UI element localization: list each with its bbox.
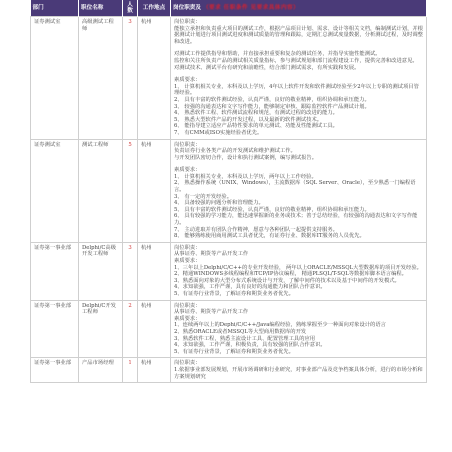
count-cell: 3 bbox=[123, 242, 138, 300]
description-cell: 岗位职责：1.依据事业部发展规划，开展市场调研和行业研究，对事业部产品及竞争档案… bbox=[171, 358, 427, 383]
description-line: 对测试工作提供指导和帮助，并直接承担重要和复杂的测试任务，并指导实施性能测试。 bbox=[174, 51, 423, 58]
table-header-row: 部门 职位名称 人数 工作地点 岗位职责及 （要求 任职条件 见要求具体内容） bbox=[31, 0, 427, 17]
description-line: 从事证券、期货等产品开发工作 bbox=[174, 251, 423, 258]
description-line: 4、求知欲强，工作严谨，具有良好的沟通能力和团队合作意识。 bbox=[174, 284, 423, 291]
job-listing-document: 部门 职位名称 人数 工作地点 岗位职责及 （要求 任职条件 见要求具体内容） … bbox=[30, 0, 426, 383]
position-cell: 产品市场经理 bbox=[79, 358, 123, 383]
header-position: 职位名称 bbox=[79, 0, 123, 17]
description-line: 5、有证券行业背景，了解证券和期货业务者优先。 bbox=[174, 291, 423, 298]
count-cell: 2 bbox=[123, 300, 138, 358]
description-line: 8、 能够熟练使用商用测试工具者优先，有证券行业、数据库IT服务的人员优先。 bbox=[174, 233, 423, 240]
location-cell: 杭州 bbox=[138, 358, 171, 383]
table-row: 证券测试室高级测试工程师3杭州岗位职责：能独立承担和负责重大项目的测试工作，根据… bbox=[31, 17, 427, 140]
description-line: 与开发团队密切合作，设计和执行测试案例，编写测试报告。 bbox=[174, 155, 423, 162]
description-line: 负责证券行业各类产品的开发测试和维护测试工作。 bbox=[174, 148, 423, 155]
position-cell: 高级测试工程师 bbox=[79, 17, 123, 140]
location-cell: 杭州 bbox=[138, 300, 171, 358]
position-cell: 测试工程师 bbox=[79, 139, 123, 242]
description-line: 2、熟悉ORACLE或者MSSQL等大型商用数据库的开发 bbox=[174, 329, 423, 336]
department-cell: 证券测试室 bbox=[31, 17, 79, 140]
description-line: 素质要求： bbox=[174, 167, 423, 174]
position-cell: Delphi/C开发工程师 bbox=[79, 300, 123, 358]
description-cell: 岗位职责：从事证券、期货等产品开发工作素质要求：1、三年以上Delphi/C/C… bbox=[171, 242, 427, 300]
description-line: 2、精通WINDOWS多线程编程和TCP/IP协议编程， 精通PLSQL/T-S… bbox=[174, 271, 423, 278]
description-line: 岗位职责： bbox=[174, 19, 423, 26]
description-line: 5、有证券行业背景，了解证券和期货业务者优先。 bbox=[174, 349, 423, 356]
description-line: 6、 能指导建立适应产品特性要求的单元测试、功能及性能测试工具。 bbox=[174, 123, 423, 130]
description-line: 从事证券、期货等产品开发工作 bbox=[174, 309, 423, 316]
header-red-note: （要求 任职条件 见要求具体内容） bbox=[203, 5, 299, 11]
description-line: 1、连续两年以上的Dephi/C/C++/Java编程经验，熟练掌握至少一种面向… bbox=[174, 322, 423, 329]
table-row: 证券第一事业部Delphi/C开发工程师2杭州岗位职责：从事证券、期货等产品开发… bbox=[31, 300, 427, 358]
description-line: 1、 计算机相关专业，本科及以上学历，4年以上软件开发和软件测试经验至少2年以上… bbox=[174, 84, 423, 97]
description-line: 7、 有CMM或ISO实施经验者优先。 bbox=[174, 130, 423, 137]
description-line: 1.依据事业部发展规划，开展市场调研和行业研究，对事业部产品及竞争档案具体分析，… bbox=[174, 367, 423, 380]
description-cell: 岗位职责：从事证券、期货等产品开发工作素质要求：1、连续两年以上的Dephi/C… bbox=[171, 300, 427, 358]
description-cell: 岗位职责：负责证券行业各类产品的开发测试和维护测试工作。与开发团队密切合作，设计… bbox=[171, 139, 427, 242]
count-cell: 3 bbox=[123, 17, 138, 140]
location-cell: 杭州 bbox=[138, 17, 171, 140]
description-line: 能独立承担和负责重大项目的测试工作，根据产品项目计划、需求、设计等相关文档，编制… bbox=[174, 26, 423, 46]
header-location: 工作地点 bbox=[138, 0, 171, 17]
count-cell: 1 bbox=[123, 358, 138, 383]
description-line: 监控和关注所负责产品的测试相关质量指标，参与测试规划和部门流程建设工作，提供完善… bbox=[174, 58, 423, 65]
location-cell: 杭州 bbox=[138, 139, 171, 242]
description-cell: 岗位职责：能独立承担和负责重大项目的测试工作，根据产品项目计划、需求、设计等相关… bbox=[171, 17, 427, 140]
table-row: 证券第一事业部Delphi/C高级开发工程师3杭州岗位职责：从事证券、期货等产品… bbox=[31, 242, 427, 300]
table-row: 证券测试室测试工程师5杭州岗位职责：负责证券行业各类产品的开发测试和维护测试工作… bbox=[31, 139, 427, 242]
description-line: 岗位职责： bbox=[174, 360, 423, 367]
description-line: 4、 熟悉软件工程、软件测试流程和规范，有测试过程的改进的能力。 bbox=[174, 110, 423, 117]
description-line: 4、求知欲强，工作严谨，积极负责，具有较强的团队合作意识。 bbox=[174, 342, 423, 349]
table-row: 证券第一事业部产品市场经理1杭州岗位职责：1.依据事业部发展规划，开展市场调研和… bbox=[31, 358, 427, 383]
department-cell: 证券第一事业部 bbox=[31, 358, 79, 383]
location-cell: 杭州 bbox=[138, 242, 171, 300]
description-line: 对测试技术、测试平台有研究和前瞻性，结合部门测试需求，有所实践和发展。 bbox=[174, 65, 423, 72]
department-cell: 证券第一事业部 bbox=[31, 300, 79, 358]
department-cell: 证券第一事业部 bbox=[31, 242, 79, 300]
description-line: 2、 具有丰富的软件测试经验，认真严谨，良好的敬业精神，组织协调和承压能力。 bbox=[174, 97, 423, 104]
header-responsibilities: 岗位职责及 （要求 任职条件 见要求具体内容） bbox=[171, 0, 427, 17]
position-cell: Delphi/C高级开发工程师 bbox=[79, 242, 123, 300]
job-table: 部门 职位名称 人数 工作地点 岗位职责及 （要求 任职条件 见要求具体内容） … bbox=[30, 0, 427, 383]
description-line: 4、 具备较强的问题分析和管理能力。 bbox=[174, 200, 423, 207]
department-cell: 证券测试室 bbox=[31, 139, 79, 242]
header-responsibilities-label: 岗位职责及 bbox=[173, 5, 201, 11]
count-cell: 5 bbox=[123, 139, 138, 242]
description-line: 6、 具有较强的学习能力，能迅速掌握新的业务或技术；善于总结经验，有较强的沟通表… bbox=[174, 213, 423, 226]
header-department: 部门 bbox=[31, 0, 79, 17]
description-line: 素质要求： bbox=[174, 77, 423, 84]
description-line: 素质要求： bbox=[174, 258, 423, 265]
description-line: 2、 熟悉操作系统（UNIX、Windows），主流数据库（SQL Server… bbox=[174, 180, 423, 193]
header-count: 人数 bbox=[123, 0, 138, 17]
